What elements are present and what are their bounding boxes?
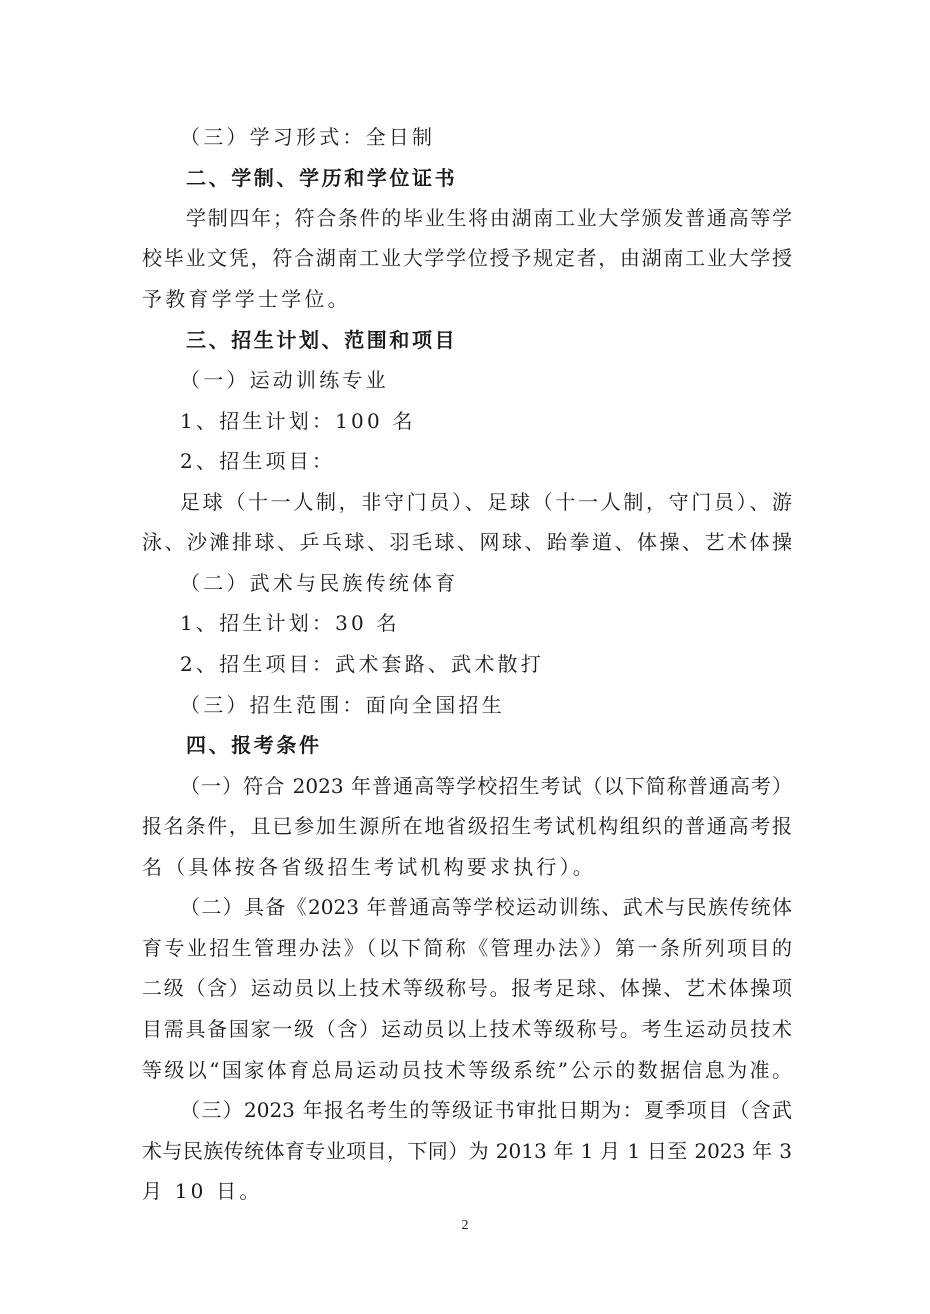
- paragraph-line: 报名条件，且已参加生源所在地省级招生考试机构组织的普通高考报: [142, 806, 792, 846]
- list-item: 2、招生项目：: [180, 441, 830, 481]
- paragraph-line: 等级以“国家体育总局运动员技术等级系统”公示的数据信息为准。: [142, 1050, 792, 1090]
- paragraph-line: 育专业招生管理办法》（以下简称《管理办法》）第一条所列项目的: [142, 928, 792, 968]
- paragraph-line: 足球（十一人制，非守门员）、足球（十一人制，守门员）、游: [180, 482, 792, 522]
- list-item: 2、招生项目：武术套路、武术散打: [180, 644, 830, 684]
- paragraph-line: 术与民族传统体育专业项目，下同）为 2013 年 1 月 1 日至 2023 年…: [142, 1131, 792, 1171]
- subsection-heading: （二）武术与民族传统体育: [180, 563, 830, 603]
- list-item: 1、招生计划：30 名: [180, 603, 830, 643]
- section-heading-3: 三、招生计划、范围和项目: [186, 320, 792, 360]
- paragraph-line: （二）具备《2023 年普通高等学校运动训练、武术与民族传统体: [180, 887, 792, 927]
- paragraph-line: 校毕业文凭，符合湖南工业大学学位授予规定者，由湖南工业大学授: [142, 238, 792, 278]
- paragraph-line: 名（具体按各省级招生考试机构要求执行）。: [142, 847, 792, 887]
- list-item: 1、招生计划：100 名: [180, 401, 830, 441]
- section-heading-2: 二、学制、学历和学位证书: [186, 158, 792, 198]
- study-form-line: （三）学习形式：全日制: [180, 117, 830, 157]
- paragraph-line: （一）符合 2023 年普通高等学校招生考试（以下简称普通高考）: [180, 766, 792, 806]
- paragraph-line: 月 10 日。: [142, 1171, 792, 1211]
- paragraph-line: 学制四年；符合条件的毕业生将由湖南工业大学颁发普通高等学: [186, 198, 792, 238]
- paragraph-line: 泳、沙滩排球、乒乓球、羽毛球、网球、跆拳道、体操、艺术体操: [142, 522, 792, 562]
- section-heading-4: 四、报考条件: [186, 725, 792, 765]
- paragraph-line: 予教育学学士学位。: [142, 279, 792, 319]
- subsection-heading: （三）招生范围：面向全国招生: [180, 685, 830, 725]
- paragraph-line: 目需具备国家一级（含）运动员以上技术等级称号。考生运动员技术: [142, 1009, 792, 1049]
- document-page: （三）学习形式：全日制 二、学制、学历和学位证书 学制四年；符合条件的毕业生将由…: [0, 0, 930, 1314]
- paragraph-line: （三）2023 年报名考生的等级证书审批日期为：夏季项目（含武: [180, 1090, 792, 1130]
- paragraph-line: 二级（含）运动员以上技术等级称号。报考足球、体操、艺术体操项: [142, 968, 792, 1008]
- page-number: 2: [0, 1218, 930, 1234]
- subsection-heading: （一）运动训练专业: [180, 360, 830, 400]
